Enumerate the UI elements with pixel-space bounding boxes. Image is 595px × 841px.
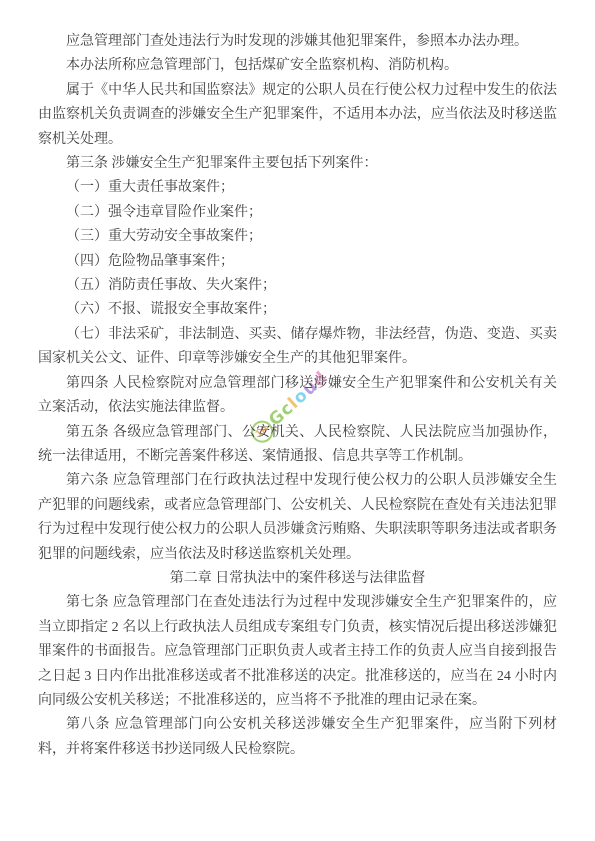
paragraph: 第七条 应急管理部门在查处违法行为过程中发现涉嫌安全生产犯罪案件的，应当立即指定…	[38, 591, 557, 713]
paragraph: （七）非法采矿，非法制造、买卖、储存爆炸物，非法经营，伪造、变造、买卖国家机关公…	[38, 323, 557, 372]
paragraph: 第八条 应急管理部门向公安机关移送涉嫌安全生产犯罪案件，应当附下列材料，并将案件…	[38, 713, 557, 762]
paragraph: 本办法所称应急管理部门，包括煤矿安全监察机构、消防机构。	[38, 54, 557, 78]
paragraph: （三）重大劳动安全事故案件；	[38, 225, 557, 249]
paragraph: 属于《中华人民共和国监察法》规定的公职人员在行使公权力过程中发生的依法由监察机关…	[38, 79, 557, 152]
paragraph: （五）消防责任事故、失火案件；	[38, 274, 557, 298]
document-body: 应急管理部门查处违法行为时发现的涉嫌其他犯罪案件，参照本办法办理。本办法所称应急…	[38, 30, 557, 762]
paragraph: （二）强令违章冒险作业案件；	[38, 201, 557, 225]
paragraph: 第四条 人民检察院对应急管理部门移送涉嫌安全生产犯罪案件和公安机关有关立案活动，…	[38, 372, 557, 421]
paragraph: （六）不报、谎报安全事故案件；	[38, 298, 557, 322]
paragraph: （四）危险物品肇事案件；	[38, 250, 557, 274]
paragraph: 第六条 应急管理部门在行政执法过程中发现行使公权力的公职人员涉嫌安全生产犯罪的问…	[38, 469, 557, 567]
document-page: 1A Gcloud 应急管理部门查处违法行为时发现的涉嫌其他犯罪案件，参照本办法…	[0, 0, 595, 841]
paragraph: （一）重大责任事故案件；	[38, 176, 557, 200]
paragraph: 第五条 各级应急管理部门、公安机关、人民检察院、人民法院应当加强协作，统一法律适…	[38, 421, 557, 470]
paragraph: 第三条 涉嫌安全生产犯罪案件主要包括下列案件：	[38, 152, 557, 176]
chapter-heading: 第二章 日常执法中的案件移送与法律监督	[38, 567, 557, 591]
paragraph: 应急管理部门查处违法行为时发现的涉嫌其他犯罪案件，参照本办法办理。	[38, 30, 557, 54]
